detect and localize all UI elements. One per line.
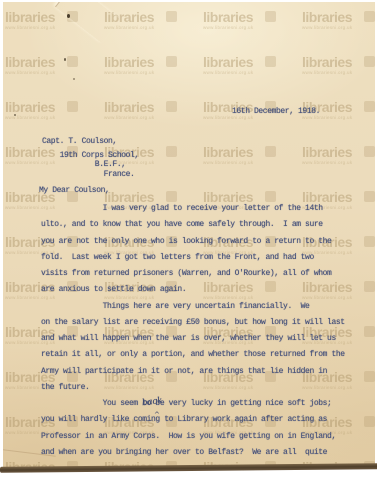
body-line: you are not the only one who is looking … (41, 234, 345, 250)
watermark-ni-logo (364, 281, 375, 292)
body-line: Professor in an Army Corps. How is you w… (41, 429, 345, 445)
watermark-text: libraries (302, 55, 375, 69)
watermark-text: libraries (203, 10, 295, 24)
watermark-ni-logo (364, 56, 375, 67)
watermark-text: libraries (5, 100, 97, 114)
body-line: on the salary list are receiving £50 bon… (41, 315, 345, 331)
scanned-letter-page: librarieswww.librariesni.org.uklibraries… (0, 0, 377, 480)
watermark-ni-logo (166, 146, 177, 157)
libraries-watermark: librarieswww.librariesni.org.uk (302, 55, 375, 81)
watermark-url: www.librariesni.org.uk (203, 159, 295, 166)
watermark-ni-logo (67, 101, 78, 112)
body-line: and when are you bringing her over to Be… (41, 445, 345, 461)
letter-body: I was very glad to receive your letter o… (41, 201, 345, 461)
watermark-ni-logo (364, 101, 375, 112)
watermark-ni-logo (364, 371, 375, 382)
watermark-url: www.librariesni.org.uk (104, 69, 196, 76)
watermark-url: www.librariesni.org.uk (203, 24, 295, 31)
watermark-text: libraries (203, 55, 295, 69)
watermark-text: libraries (104, 55, 196, 69)
libraries-watermark: librarieswww.librariesni.org.uk (302, 145, 375, 171)
watermark-url: www.librariesni.org.uk (5, 69, 97, 76)
watermark-ni-logo (364, 191, 375, 202)
libraries-watermark: librarieswww.librariesni.org.uk (302, 10, 375, 36)
paper-speck (73, 78, 75, 80)
paper-speck (14, 114, 16, 116)
body-line: You seem to be very lucky in getting nic… (41, 396, 345, 412)
watermark-url: www.librariesni.org.uk (5, 114, 97, 121)
libraries-watermark: librarieswww.librariesni.org.uk (203, 55, 295, 81)
watermark-ni-logo (265, 56, 276, 67)
body-line: and what will happen when the war is ove… (41, 331, 345, 347)
body-line: Army will participate in it or not, are … (41, 364, 345, 380)
watermark-url: www.librariesni.org.uk (302, 24, 375, 31)
address-line: B.E.F., (42, 160, 139, 170)
insertion-caret-mark: ^ (154, 411, 160, 419)
watermark-ni-logo (166, 56, 177, 67)
watermark-url: www.librariesni.org.uk (104, 24, 196, 31)
watermark-url: www.librariesni.org.uk (104, 114, 196, 121)
body-line: are anxious to settle down again. (41, 282, 345, 298)
watermark-ni-logo (364, 11, 375, 22)
body-line: Things here are very uncertain financial… (41, 299, 345, 315)
watermark-url: www.librariesni.org.uk (203, 69, 295, 76)
address-line: France. (42, 170, 139, 180)
watermark-text: libraries (104, 100, 196, 114)
paper-crease (55, 2, 120, 43)
body-line: retain it all, or only a portion, and wh… (41, 347, 345, 363)
recipient-address: Capt. T. Coulson, 19th Corps School, B.E… (42, 137, 139, 179)
body-line: visits from returned prisoners (Warren, … (41, 266, 345, 282)
body-line: fold. Last week I got two letters from t… (41, 250, 345, 266)
watermark-url: www.librariesni.org.uk (302, 69, 375, 76)
libraries-watermark: librarieswww.librariesni.org.uk (5, 100, 97, 126)
watermark-ni-logo (67, 56, 78, 67)
watermark-text: libraries (302, 145, 375, 159)
body-line: ulto., and to know that you have come sa… (41, 217, 345, 233)
address-line: Capt. T. Coulson, (42, 137, 139, 147)
watermark-ni-logo (364, 326, 375, 337)
watermark-ni-logo (364, 416, 375, 427)
watermark-text: libraries (5, 55, 97, 69)
libraries-watermark: librarieswww.librariesni.org.uk (5, 55, 97, 81)
libraries-watermark: librarieswww.librariesni.org.uk (203, 145, 295, 171)
paper-speck (67, 14, 70, 18)
watermark-ni-logo (166, 11, 177, 22)
letter-date: 16th December, 1918. (232, 107, 320, 116)
watermark-ni-logo (364, 146, 375, 157)
letter-paper: librarieswww.librariesni.org.uklibraries… (3, 2, 375, 468)
watermark-ni-logo (265, 146, 276, 157)
address-line: 19th Corps School, (42, 151, 139, 161)
watermark-ni-logo (364, 236, 375, 247)
watermark-text: libraries (203, 145, 295, 159)
watermark-ni-logo (166, 101, 177, 112)
libraries-watermark: librarieswww.librariesni.org.uk (203, 10, 295, 36)
body-line: I was very glad to receive your letter o… (41, 201, 345, 217)
body-line: the future. (41, 380, 345, 396)
paper-speck (64, 58, 66, 61)
libraries-watermark: librarieswww.librariesni.org.uk (104, 100, 196, 126)
watermark-text: libraries (302, 10, 375, 24)
body-line: you will hardly like coming to Library w… (41, 412, 345, 428)
libraries-watermark: librarieswww.librariesni.org.uk (104, 10, 196, 36)
watermark-url: www.librariesni.org.uk (302, 159, 375, 166)
libraries-watermark: librarieswww.librariesni.org.uk (104, 55, 196, 81)
salutation: My Dear Coulson, (39, 186, 109, 195)
watermark-ni-logo (265, 11, 276, 22)
